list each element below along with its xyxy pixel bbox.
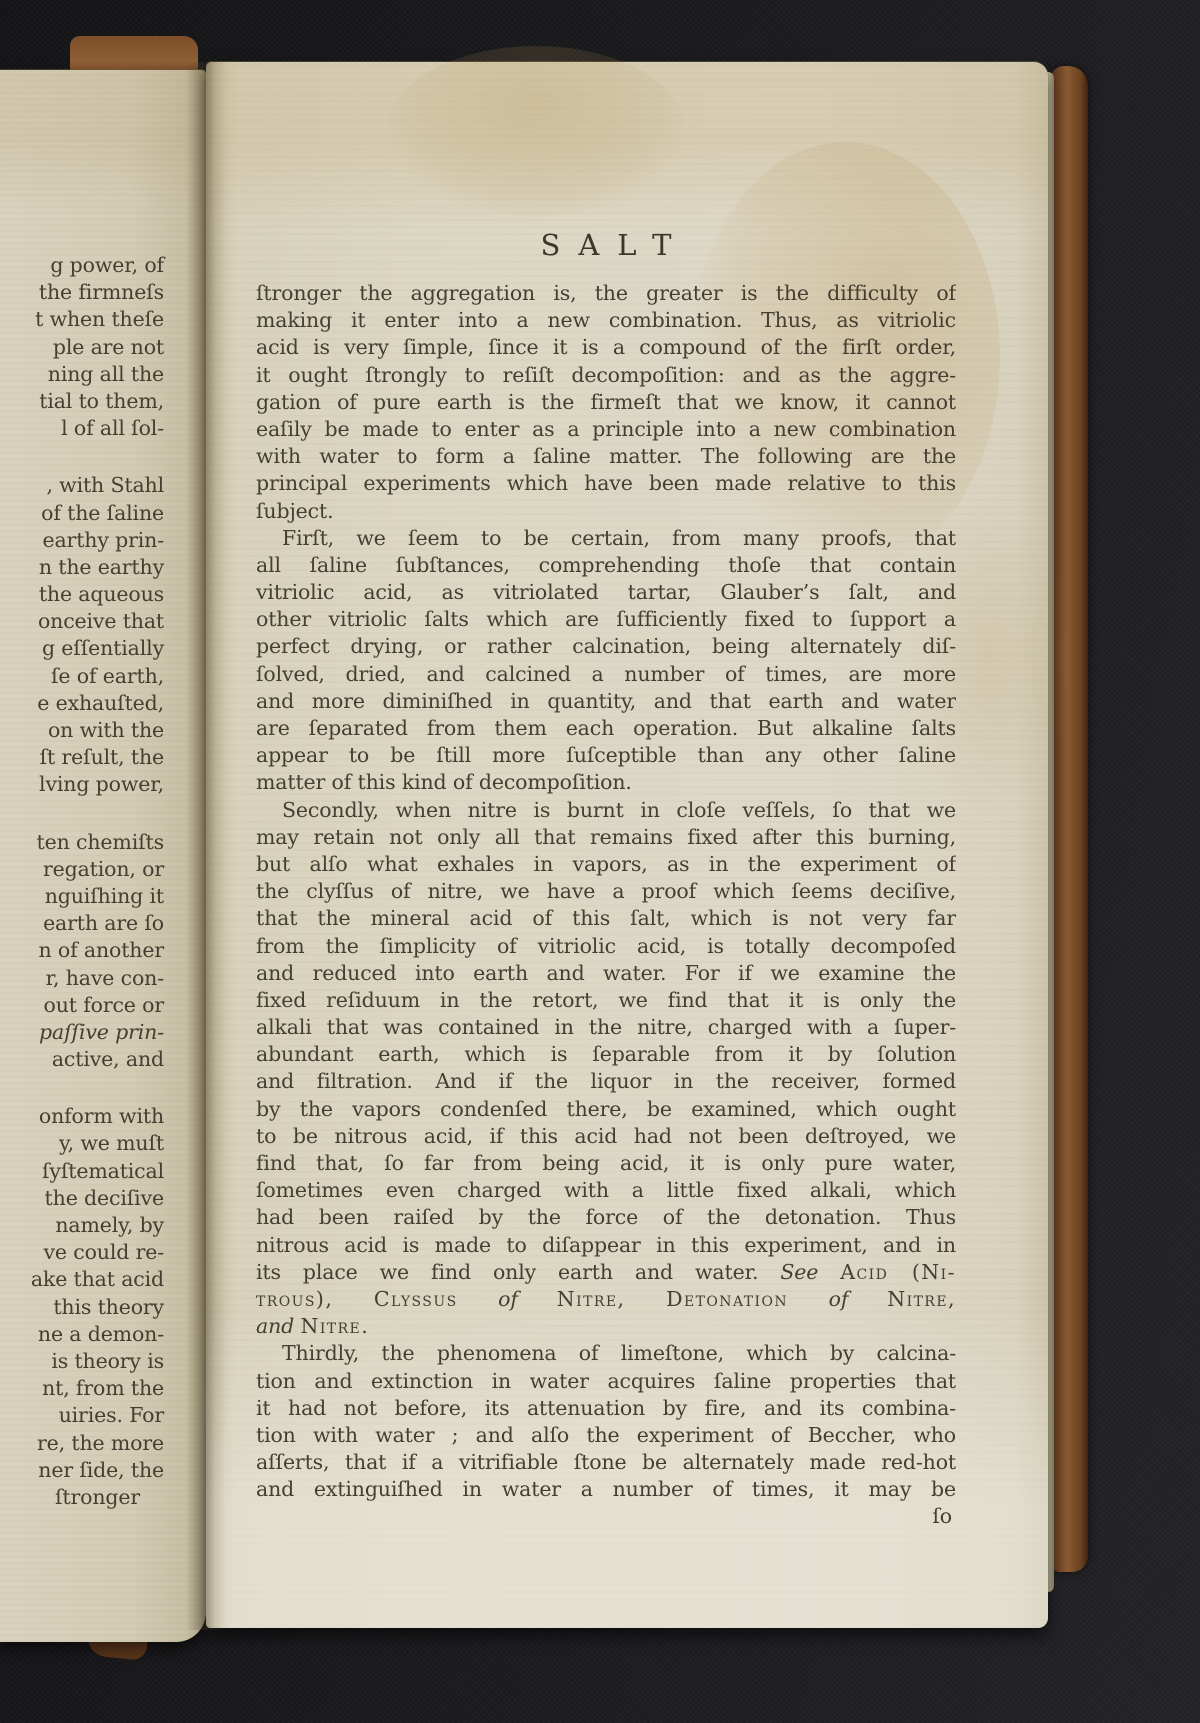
text-line: ſometimes even charged with a little fix… xyxy=(256,1177,956,1204)
text-line: and more diminiſhed in quantity, and tha… xyxy=(256,688,956,715)
paragraph: Thirdly, the phenomena of limeſtone, whi… xyxy=(256,1340,956,1503)
text-line-fragment: ake that acid xyxy=(0,1266,206,1293)
text-line: and Nitre. xyxy=(256,1313,956,1340)
text-line: from the ſimplicity of vitriolic acid, i… xyxy=(256,933,956,960)
text-line: appear to be ſtill more ſuſceptible than… xyxy=(256,742,956,769)
paragraph-gap xyxy=(0,442,206,472)
text-line: matter of this kind of decompoſition. xyxy=(256,769,956,796)
text-line: making it enter into a new combination. … xyxy=(256,307,956,334)
text-line: Thirdly, the phenomena of limeſtone, whi… xyxy=(256,1340,956,1367)
text-line: and filtration. And if the liquor in the… xyxy=(256,1068,956,1095)
cross-reference: Clyssus xyxy=(374,1287,498,1311)
text-line-fragment: g eſſentially xyxy=(0,635,206,662)
text-line-fragment: nt, from the xyxy=(0,1375,206,1402)
text-line-fragment: n of another xyxy=(0,937,206,964)
text-line-fragment: ne a demon- xyxy=(0,1321,206,1348)
text-line: other vitriolic ſalts which are ſufficie… xyxy=(256,606,956,633)
text-segment: of xyxy=(498,1287,557,1311)
text-line-fragment: ſe of earth, xyxy=(0,663,206,690)
text-line: aſſerts, that if a vitrifiable ſtone be … xyxy=(256,1449,956,1476)
text-line-fragment: r, have con- xyxy=(0,965,206,992)
cross-reference: Detonation xyxy=(666,1287,829,1311)
text-line-fragment: ning all the xyxy=(0,361,206,388)
text-line: it had not before, its attenuation by fi… xyxy=(256,1395,956,1422)
facing-page-partial: g power, ofthe firmneſst when theſeple a… xyxy=(0,70,206,1642)
text-line-fragment: this theory xyxy=(0,1294,206,1321)
text-line-fragment: ple are not xyxy=(0,334,206,361)
text-line-fragment: onform with xyxy=(0,1103,206,1130)
text-line: may retain not only all that remains fix… xyxy=(256,824,956,851)
text-segment: of xyxy=(829,1287,888,1311)
cross-reference: trous), xyxy=(256,1287,374,1311)
text-line: ſolved, dried, and calcined a number of … xyxy=(256,661,956,688)
text-line: principal experiments which have been ma… xyxy=(256,470,956,497)
paragraph: ſtronger the aggregation is, the greater… xyxy=(256,280,956,525)
text-line-fragment: the aqueous xyxy=(0,581,206,608)
text-line-fragment: of the ſaline xyxy=(0,500,206,527)
text-line: but alſo what exhales in vapors, as in t… xyxy=(256,851,956,878)
text-line: vitriolic acid, as vitriolated tartar, G… xyxy=(256,579,956,606)
text-line: acid is very ſimple, ſince it is a compo… xyxy=(256,334,956,361)
text-line-fragment: out force or xyxy=(0,992,206,1019)
text-line: the clyſſus of nitre, we have a proof wh… xyxy=(256,878,956,905)
paragraph-gap xyxy=(0,799,206,829)
text-line-fragment: l of all ſol- xyxy=(0,415,206,442)
text-line-fragment: regation, or xyxy=(0,856,206,883)
text-line: tion and extinction in water acquires ſa… xyxy=(256,1368,956,1395)
text-line: find that, ſo far from being acid, it is… xyxy=(256,1150,956,1177)
text-line-fragment: ſyſtematical xyxy=(0,1158,206,1185)
text-line: and reduced into earth and water. For if… xyxy=(256,960,956,987)
text-line-fragment: uiries. For xyxy=(0,1402,206,1429)
paragraph: Firſt, we ſeem to be certain, from many … xyxy=(256,525,956,797)
text-line-fragment: , with Stahl xyxy=(0,472,206,499)
text-line: nitrous acid is made to diſappear in thi… xyxy=(256,1232,956,1259)
text-line: tion with water ; and alſo the experimen… xyxy=(256,1422,956,1449)
text-line-fragment: is theory is xyxy=(0,1348,206,1375)
text-line: ſubject. xyxy=(256,498,956,525)
text-line-fragment: ve could re- xyxy=(0,1239,206,1266)
cross-reference: Nitre, xyxy=(887,1287,956,1311)
text-line-fragment: ner ſide, the xyxy=(0,1457,206,1484)
text-line-fragment: tial to them, xyxy=(0,388,206,415)
text-line: are ſeparated from them each operation. … xyxy=(256,715,956,742)
text-line: Secondly, when nitre is burnt in cloſe v… xyxy=(256,797,956,824)
text-line-fragment: nguiſhing it xyxy=(0,883,206,910)
text-line-fragment: the deciſive xyxy=(0,1185,206,1212)
text-line-fragment: y, we muſt xyxy=(0,1130,206,1157)
text-line-fragment: ſt reſult, the xyxy=(0,744,206,771)
text-line: that the mineral acid of this ſalt, whic… xyxy=(256,905,956,932)
cross-reference: Nitre. xyxy=(300,1314,369,1338)
left-page-text: g power, ofthe firmneſst when theſeple a… xyxy=(0,252,206,1511)
text-line: all ſaline ſubſtances, comprehending tho… xyxy=(256,552,956,579)
text-line: and extinguiſhed in water a number of ti… xyxy=(256,1476,956,1503)
main-text: ſtronger the aggregation is, the greater… xyxy=(256,280,956,1531)
book-page: SALT ſtronger the aggregation is, the gr… xyxy=(206,62,1048,1628)
text-line-fragment: active, and xyxy=(0,1046,206,1073)
text-line-fragment: n the earthy xyxy=(0,554,206,581)
cross-reference: Nitre, xyxy=(557,1287,666,1311)
text-line: it ought ſtrongly to reſiſt decompoſitio… xyxy=(256,362,956,389)
text-line-fragment: t when theſe xyxy=(0,306,206,333)
text-line: ſtronger the aggregation is, the greater… xyxy=(256,280,956,307)
text-line-fragment: e exhauſted, xyxy=(0,690,206,717)
text-line-fragment: re, the more xyxy=(0,1430,206,1457)
text-line-fragment: earthy prin- xyxy=(0,527,206,554)
text-line-fragment: namely, by xyxy=(0,1212,206,1239)
text-line-fragment: earth are ſo xyxy=(0,910,206,937)
text-line: gation of pure earth is the firmeſt that… xyxy=(256,389,956,416)
text-line-fragment: onceive that xyxy=(0,608,206,635)
text-segment: and xyxy=(256,1314,300,1338)
leather-cover-edge-right xyxy=(1050,66,1088,1572)
page-title: SALT xyxy=(256,228,956,262)
paper-stain xyxy=(386,46,686,216)
text-line: eaſily be made to enter as a principle i… xyxy=(256,416,956,443)
text-line-fragment: on with the xyxy=(0,717,206,744)
text-line-fragment: g power, of xyxy=(0,252,206,279)
text-line: Firſt, we ſeem to be certain, from many … xyxy=(256,525,956,552)
text-line: to be nitrous acid, if this acid had not… xyxy=(256,1123,956,1150)
text-line: by the vapors condenſed there, be examin… xyxy=(256,1096,956,1123)
text-line: alkali that was contained in the nitre, … xyxy=(256,1014,956,1041)
text-line-fragment: paſſive prin- xyxy=(0,1019,206,1046)
text-line: fixed reſiduum in the retort, we find th… xyxy=(256,987,956,1014)
text-line: abundant earth, which is ſeparable from … xyxy=(256,1041,956,1068)
text-line: with water to form a ſaline matter. The … xyxy=(256,443,956,470)
paragraph-gap xyxy=(0,1073,206,1103)
text-line: perfect drying, or rather calcination, b… xyxy=(256,633,956,660)
catchword: ſtronger xyxy=(0,1484,206,1511)
text-line-fragment: ten chemiſts xyxy=(0,829,206,856)
text-line: trous), Clyssus of Nitre, Detonation of … xyxy=(256,1286,956,1313)
text-segment: See xyxy=(780,1260,840,1284)
paragraph: Secondly, when nitre is burnt in cloſe v… xyxy=(256,797,956,1341)
text-line: its place we find only earth and water. … xyxy=(256,1259,956,1286)
catchword: ſo xyxy=(256,1503,956,1530)
text-line-fragment: the firmneſs xyxy=(0,279,206,306)
cross-reference: Acid (Ni- xyxy=(840,1260,956,1284)
text-line: had been raiſed by the force of the deto… xyxy=(256,1204,956,1231)
text-segment: its place we find only earth and water. xyxy=(256,1260,780,1284)
text-line-fragment: lving power, xyxy=(0,771,206,798)
